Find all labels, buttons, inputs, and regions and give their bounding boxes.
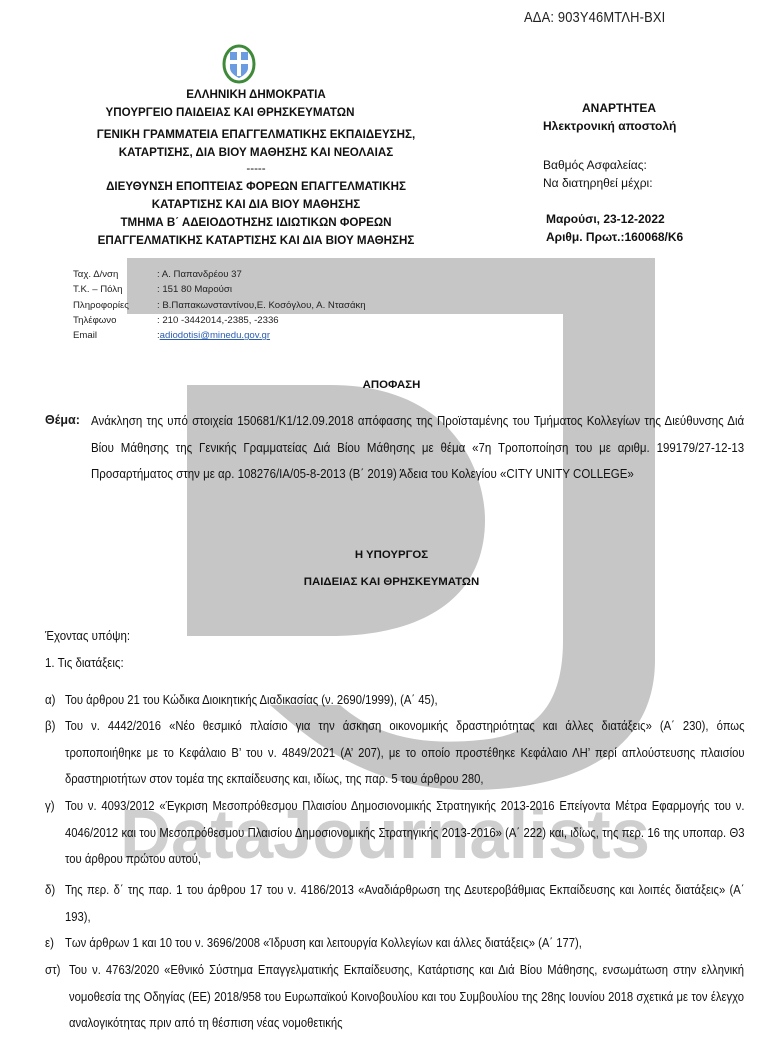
retain-until: Να διατηρηθεί μέχρι: (543, 175, 653, 192)
ada-code: ΑΔΑ: 903Υ46ΜΤΛΗ-ΒΧΙ (524, 9, 665, 26)
minister-ministry: ΠΑΙΔΕΙΑΣ ΚΑΙ ΘΡΗΣΚΕΥΜΑΤΩΝ (0, 576, 783, 588)
provisions-heading: 1. Τις διατάξεις: (45, 656, 124, 670)
contact-phone: Τηλέφωνο: 210 -3442014,-2385, -2336 (73, 313, 366, 328)
header-directorate-2: ΚΑΤΑΡΤΙΣΗΣ ΚΑΙ ΔΙΑ ΒΙΟΥ ΜΑΘΗΣΗΣ (56, 196, 456, 214)
contact-email: Email: adiodotisi@minedu.gov.gr (73, 328, 366, 343)
header-republic: ΕΛΛΗΝΙΚΗ ΔΗΜΟΚΡΑΤΙΑ (56, 86, 456, 104)
greek-coat-of-arms-icon (219, 44, 259, 86)
delivery-label: Ηλεκτρονική αποστολή (543, 118, 676, 135)
contact-block: Ταχ. Δ/νση: Α. Παπανδρέου 37 Τ.Κ. – Πόλη… (73, 267, 366, 343)
email-link[interactable]: adiodotisi@minedu.gov.gr (160, 328, 270, 343)
decision-title: ΑΠΟΦΑΣΗ (0, 379, 783, 391)
header-department-2: ΕΠΑΓΓΕΛΜΑΤΙΚΗΣ ΚΑΤΑΡΤΙΣΗΣ ΚΑΙ ΔΙΑ ΒΙΟΥ Μ… (56, 232, 456, 250)
subject-text: Ανάκληση της υπό στοιχεία 150681/Κ1/12.0… (91, 408, 744, 488)
minister-title: Η ΥΠΟΥΡΓΟΣ (0, 549, 783, 561)
contact-address: Ταχ. Δ/νση: Α. Παπανδρέου 37 (73, 267, 366, 282)
subject-label: Θέμα: (45, 413, 80, 427)
header-ministry: ΥΠΟΥΡΓΕΙΟ ΠΑΙΔΕΙΑΣ ΚΑΙ ΘΡΗΣΚΕΥΜΑΤΩΝ (30, 104, 430, 122)
header-directorate: ΔΙΕΥΘΥΝΣΗ ΕΠΟΠΤΕΙΑΣ ΦΟΡΕΩΝ ΕΠΑΓΓΕΛΜΑΤΙΚΗ… (56, 178, 456, 196)
header-separator: ----- (56, 160, 456, 178)
considering-label: Έχοντας υπόψη: (45, 629, 130, 643)
header-general-secretariat: ΓΕΝΙΚΗ ΓΡΑΜΜΑΤΕΙΑ ΕΠΑΓΓΕΛΜΑΤΙΚΗΣ ΕΚΠΑΙΔΕ… (56, 126, 456, 144)
header-department: ΤΜΗΜΑ Β΄ ΑΔΕΙΟΔΟΤΗΣΗΣ ΙΔΙΩΤΙΚΩΝ ΦΟΡΕΩΝ (56, 214, 456, 232)
posting-label: ΑΝΑΡΤΗΤΕΑ (582, 100, 656, 117)
contact-info: Πληροφορίες: Β.Παπακωνσταντίνου,Ε. Κοσόγ… (73, 298, 366, 313)
protocol-number: Αριθμ. Πρωτ.:160068/Κ6 (546, 229, 683, 246)
place-date: Μαρούσι, 23-12-2022 (546, 211, 665, 228)
contact-postcode: Τ.Κ. – Πόλη: 151 80 Μαρούσι (73, 282, 366, 297)
security-level: Βαθμός Ασφαλείας: (543, 157, 647, 174)
